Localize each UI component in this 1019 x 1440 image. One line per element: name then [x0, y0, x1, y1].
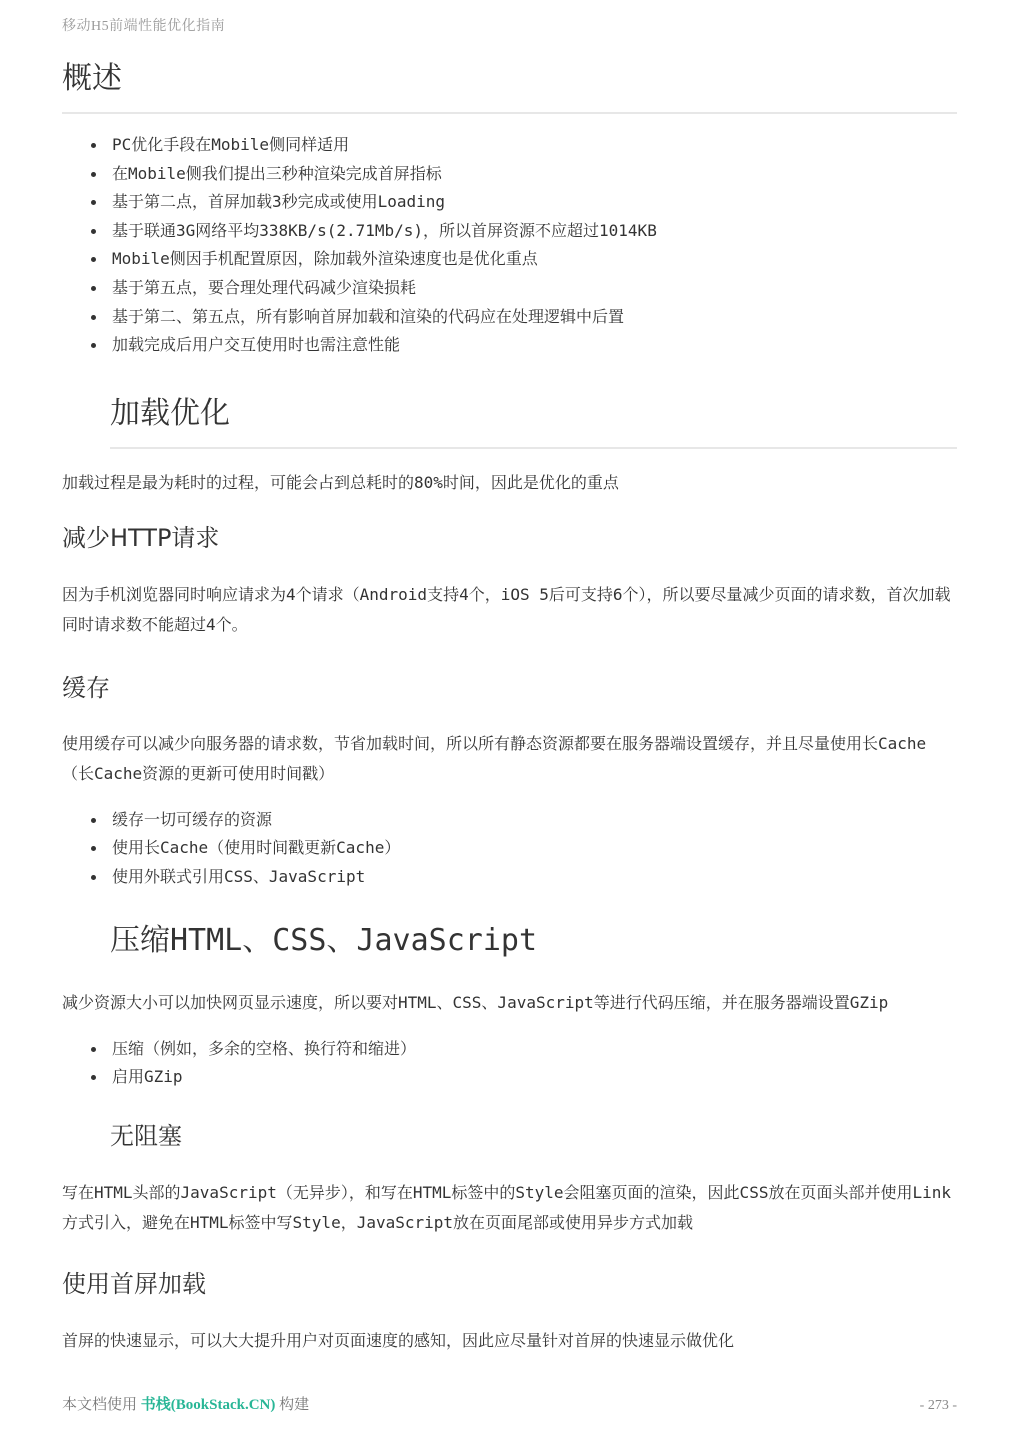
bookstack-link[interactable]: 书栈(BookStack.CN) — [141, 1397, 276, 1413]
list-item: 基于联通3G网络平均338KB/s(2.71Mb/s)，所以首屏资源不应超过10… — [62, 217, 957, 246]
list-item: 使用长Cache（使用时间戳更新Cache） — [62, 834, 957, 863]
compress-list: 压缩（例如，多余的空格、换行符和缩进） 启用GZip — [62, 1035, 957, 1092]
overview-list: PC优化手段在Mobile侧同样适用 在Mobile侧我们提出三秒种渲染完成首屏… — [62, 131, 957, 360]
list-item: 基于第五点，要合理处理代码减少渲染损耗 — [62, 274, 957, 303]
list-item: 加载完成后用户交互使用时也需注意性能 — [62, 331, 957, 360]
list-item: 基于第二、第五点，所有影响首屏加载和渲染的代码应在处理逻辑中后置 — [62, 303, 957, 332]
heading-non-blocking: 无阻塞 — [110, 1121, 957, 1151]
footer-built-suffix: 构建 — [275, 1397, 309, 1413]
list-item: PC优化手段在Mobile侧同样适用 — [62, 131, 957, 160]
document-page: 移动H5前端性能优化指南 概述 PC优化手段在Mobile侧同样适用 在Mobi… — [0, 0, 1019, 1440]
cache-list: 缓存一切可缓存的资源 使用长Cache（使用时间戳更新Cache） 使用外联式引… — [62, 806, 957, 892]
page-number: - 273 - — [920, 1398, 957, 1414]
paragraph-compress: 减少资源大小可以加快网页显示速度，所以要对HTML、CSS、JavaScript… — [62, 988, 957, 1018]
footer-built-prefix: 本文档使用 — [62, 1397, 141, 1413]
list-item: 缓存一切可缓存的资源 — [62, 806, 957, 835]
heading-reduce-http-requests: 减少HTTP请求 — [62, 523, 957, 553]
paragraph-loading-intro: 加载过程是最为耗时的过程，可能会占到总耗时的80%时间，因此是优化的重点 — [62, 468, 957, 498]
paragraph-reduce-http: 因为手机浏览器同时响应请求为4个请求（Android支持4个，iOS 5后可支持… — [62, 580, 957, 640]
heading-cache: 缓存 — [62, 673, 957, 703]
list-item: 启用GZip — [62, 1063, 957, 1092]
paragraph-first-screen: 首屏的快速显示，可以大大提升用户对页面速度的感知，因此应尽量针对首屏的快速显示做… — [62, 1326, 957, 1356]
heading-rule — [110, 447, 957, 449]
list-item: 使用外联式引用CSS、JavaScript — [62, 863, 957, 892]
list-item: 压缩（例如，多余的空格、换行符和缩进） — [62, 1035, 957, 1064]
list-item: 在Mobile侧我们提出三秒种渲染完成首屏指标 — [62, 160, 957, 189]
heading-compress-assets: 压缩HTML、CSS、JavaScript — [110, 923, 957, 959]
running-header-title: 移动H5前端性能优化指南 — [62, 18, 957, 36]
heading-rule — [62, 112, 957, 114]
page-footer: 本文档使用 书栈(BookStack.CN) 构建 - 273 - — [62, 1393, 957, 1414]
heading-first-screen-load: 使用首屏加载 — [62, 1269, 957, 1299]
paragraph-cache: 使用缓存可以减少向服务器的请求数，节省加载时间，所以所有静态资源都要在服务器端设… — [62, 729, 957, 789]
heading-overview: 概述 — [62, 61, 957, 97]
list-item: 基于第二点，首屏加载3秒完成或使用Loading — [62, 188, 957, 217]
list-item: Mobile侧因手机配置原因，除加载外渲染速度也是优化重点 — [62, 245, 957, 274]
footer-built-with: 本文档使用 书栈(BookStack.CN) 构建 — [62, 1393, 309, 1414]
heading-loading-optimization: 加载优化 — [110, 396, 957, 432]
paragraph-non-blocking: 写在HTML头部的JavaScript（无异步），和写在HTML标签中的Styl… — [62, 1178, 957, 1238]
